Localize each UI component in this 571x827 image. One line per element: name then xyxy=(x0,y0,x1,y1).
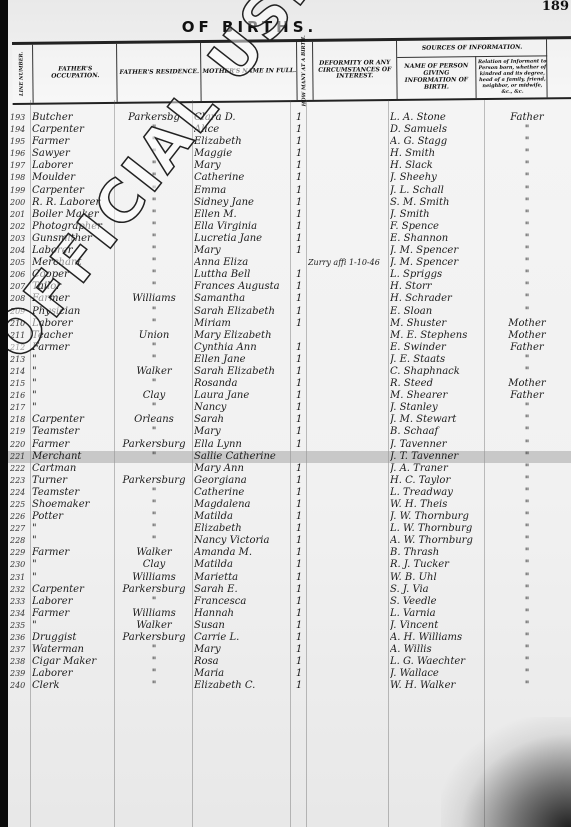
informant-relation: " xyxy=(486,499,568,511)
fathers-residence: Clay xyxy=(116,390,192,402)
line-number: 201 xyxy=(10,209,32,221)
birth-count: 1 xyxy=(292,172,306,184)
informant-relation: " xyxy=(486,596,568,608)
fathers-occupation: Photographer xyxy=(32,221,116,233)
mothers-name: Sarah E. xyxy=(194,584,290,596)
informant-relation: " xyxy=(486,257,568,269)
birth-count: 1 xyxy=(292,124,306,136)
informant-name: R. Steed xyxy=(390,378,486,390)
fathers-residence: " xyxy=(116,269,192,281)
fathers-occupation: " xyxy=(32,366,116,378)
informant-name: W. H. Theis xyxy=(390,499,486,511)
line-number: 227 xyxy=(10,523,32,535)
informant-relation: " xyxy=(486,644,568,656)
line-number: 230 xyxy=(10,559,32,571)
informant-relation: " xyxy=(486,487,568,499)
table-row: 209 Physician " Sarah Elizabeth 1 E. Slo… xyxy=(8,306,571,318)
mothers-name: Susan xyxy=(194,620,290,632)
birth-count: 1 xyxy=(292,426,306,438)
mothers-name: Georgiana xyxy=(194,475,290,487)
table-row: 196 Sawyer " Maggie 1 H. Smith " xyxy=(8,148,571,160)
fathers-occupation: Farmer xyxy=(32,293,116,305)
table-row: 202 Photographer " Ella Virginia 1 F. Sp… xyxy=(8,221,571,233)
table-row: 237 Waterman " Mary 1 A. Willis " xyxy=(8,644,571,656)
mothers-name: Mary xyxy=(194,644,290,656)
table-row: 194 Carpenter " Alice 1 D. Samuels " xyxy=(8,124,571,136)
birth-count: 1 xyxy=(292,620,306,632)
fathers-occupation: Cartman xyxy=(32,463,116,475)
informant-relation: " xyxy=(486,209,568,221)
informant-name: J. M. Spencer xyxy=(390,245,486,257)
informant-name: J. Stanley xyxy=(390,402,486,414)
line-number: 217 xyxy=(10,402,32,414)
line-number: 219 xyxy=(10,426,32,438)
informant-relation: " xyxy=(486,293,568,305)
fathers-residence: " xyxy=(116,487,192,499)
birth-count: 1 xyxy=(292,523,306,535)
fathers-occupation: Butcher xyxy=(32,112,116,124)
table-row: 198 Moulder " Catherine 1 J. Sheehy " xyxy=(8,172,571,184)
informant-relation: " xyxy=(486,668,568,680)
fathers-residence: Parkersburg xyxy=(116,439,192,451)
line-number: 221 xyxy=(10,451,32,463)
line-number: 197 xyxy=(10,160,32,172)
informant-relation: Father xyxy=(486,390,568,402)
table-row: 200 R. R. Laborer " Sidney Jane 1 S. M. … xyxy=(8,197,571,209)
fathers-residence: Parkersbg xyxy=(116,112,192,124)
mothers-name: Mary xyxy=(194,245,290,257)
mothers-name: Ellen Jane xyxy=(194,354,290,366)
fathers-residence: " xyxy=(116,185,192,197)
fathers-residence: Parkersburg xyxy=(116,584,192,596)
line-number: 233 xyxy=(10,596,32,608)
table-row: 240 Clerk " Elizabeth C. 1 W. H. Walker … xyxy=(8,680,571,692)
line-number: 238 xyxy=(10,656,32,668)
header-deformity: Deformity or any Circumstances of Intere… xyxy=(312,41,397,100)
header-informant-relation: Relation of Informant to Person born, wh… xyxy=(477,55,547,98)
informant-relation: " xyxy=(486,656,568,668)
fathers-residence: " xyxy=(116,680,192,692)
mothers-name: Rosanda xyxy=(194,378,290,390)
table-row: 236 Druggist Parkersburg Carrie L. 1 A. … xyxy=(8,632,571,644)
birth-count: 1 xyxy=(292,148,306,160)
line-number: 232 xyxy=(10,584,32,596)
informant-relation: Mother xyxy=(486,318,568,330)
mothers-name: Ella Virginia xyxy=(194,221,290,233)
table-row: 225 Shoemaker " Magdalena 1 W. H. Theis … xyxy=(8,499,571,511)
informant-relation: " xyxy=(486,306,568,318)
informant-name: J. E. Staats xyxy=(390,354,486,366)
birth-count: 1 xyxy=(292,402,306,414)
line-number: 211 xyxy=(10,330,32,342)
birth-count: 1 xyxy=(292,608,306,620)
informant-name: F. Spence xyxy=(390,221,486,233)
fathers-occupation: Waterman xyxy=(32,644,116,656)
mothers-name: Maria xyxy=(194,668,290,680)
table-row: 215 " " Rosanda 1 R. Steed Mother xyxy=(8,378,571,390)
birth-count: 1 xyxy=(292,499,306,511)
mothers-name: Sidney Jane xyxy=(194,197,290,209)
header-sources: Sources of Information. Name of Person G… xyxy=(396,39,548,99)
mothers-name: Nancy Victoria xyxy=(194,535,290,547)
page-number: 189 xyxy=(542,0,569,14)
mothers-name: Lucretia Jane xyxy=(194,233,290,245)
informant-relation: " xyxy=(486,160,568,172)
informant-relation: " xyxy=(486,233,568,245)
table-row: 219 Teamster " Mary 1 B. Schaaf " xyxy=(8,426,571,438)
circumstances-note: Zurry affi 1-10-46 xyxy=(308,257,398,269)
informant-name: J. Vincent xyxy=(390,620,486,632)
line-number: 204 xyxy=(10,245,32,257)
birth-count: 1 xyxy=(292,354,306,366)
informant-name: J. Smith xyxy=(390,209,486,221)
table-row: 206 Cooper " Luttha Bell 1 L. Spriggs " xyxy=(8,269,571,281)
line-number: 198 xyxy=(10,172,32,184)
fathers-occupation: " xyxy=(32,559,116,571)
fathers-residence: " xyxy=(116,306,192,318)
line-number: 236 xyxy=(10,632,32,644)
mothers-name: Elizabeth xyxy=(194,136,290,148)
informant-name: S. Veedle xyxy=(390,596,486,608)
line-number: 234 xyxy=(10,608,32,620)
fathers-occupation: Farmer xyxy=(32,136,116,148)
line-number: 212 xyxy=(10,342,32,354)
fathers-residence: " xyxy=(116,172,192,184)
mothers-name: Miriam xyxy=(194,318,290,330)
table-row: 221 Merchant " Sallie Catherine J. T. Ta… xyxy=(8,451,571,463)
birth-count: 1 xyxy=(292,644,306,656)
header-fathers-residence: Father's Residence. xyxy=(116,43,202,102)
birth-count: 1 xyxy=(292,390,306,402)
informant-relation: " xyxy=(486,523,568,535)
birth-count: 1 xyxy=(292,185,306,197)
fathers-occupation: " xyxy=(32,378,116,390)
informant-relation: " xyxy=(486,124,568,136)
table-row: 229 Farmer Walker Amanda M. 1 B. Thrash … xyxy=(8,547,571,559)
informant-name: W. B. Uhl xyxy=(390,572,486,584)
informant-name: H. Schrader xyxy=(390,293,486,305)
fathers-occupation: Laborer xyxy=(32,318,116,330)
informant-name: L. W. Thornburg xyxy=(390,523,486,535)
mothers-name: Cynthia Ann xyxy=(194,342,290,354)
informant-name: B. Schaaf xyxy=(390,426,486,438)
fathers-occupation: Laborer xyxy=(32,160,116,172)
informant-name: C. Shaphnack xyxy=(390,366,486,378)
table-row: 211 Teacher Union Mary Elizabeth M. E. S… xyxy=(8,330,571,342)
informant-name: J. Wallace xyxy=(390,668,486,680)
birth-count: 1 xyxy=(292,414,306,426)
fathers-occupation: Farmer xyxy=(32,547,116,559)
fathers-occupation: Clerk xyxy=(32,680,116,692)
fathers-occupation: Moulder xyxy=(32,172,116,184)
birth-count: 1 xyxy=(292,245,306,257)
birth-count: 1 xyxy=(292,487,306,499)
mothers-name: Mary Ann xyxy=(194,463,290,475)
informant-name: L. Treadway xyxy=(390,487,486,499)
fathers-residence: " xyxy=(116,656,192,668)
informant-name: A. G. Stagg xyxy=(390,136,486,148)
informant-relation: " xyxy=(486,572,568,584)
fathers-residence: " xyxy=(116,245,192,257)
mothers-name: Sarah Elizabeth xyxy=(194,366,290,378)
line-number: 194 xyxy=(10,124,32,136)
fathers-residence: Walker xyxy=(116,547,192,559)
informant-relation: " xyxy=(486,148,568,160)
informant-name: S. J. Via xyxy=(390,584,486,596)
line-number: 228 xyxy=(10,535,32,547)
table-row: 224 Teamster " Catherine 1 L. Treadway " xyxy=(8,487,571,499)
table-row: 232 Carpenter Parkersburg Sarah E. 1 S. … xyxy=(8,584,571,596)
line-number: 222 xyxy=(10,463,32,475)
line-number: 231 xyxy=(10,572,32,584)
register-page: 189 OF BIRTHS. Line Number. Father's Occ… xyxy=(8,0,571,827)
fathers-residence: " xyxy=(116,402,192,414)
table-row: 231 " Williams Marietta 1 W. B. Uhl " xyxy=(8,572,571,584)
birth-count: 1 xyxy=(292,475,306,487)
informant-relation: Mother xyxy=(486,378,568,390)
table-row: 216 " Clay Laura Jane 1 M. Shearer Fathe… xyxy=(8,390,571,402)
informant-name: L. Spriggs xyxy=(390,269,486,281)
fathers-occupation: " xyxy=(32,390,116,402)
informant-relation: " xyxy=(486,136,568,148)
birth-count: 1 xyxy=(292,584,306,596)
fathers-residence: Walker xyxy=(116,366,192,378)
fathers-residence: Union xyxy=(116,330,192,342)
table-row: 230 " Clay Matilda 1 R. J. Tucker " xyxy=(8,559,571,571)
informant-name: H. Slack xyxy=(390,160,486,172)
fathers-residence: " xyxy=(116,644,192,656)
informant-relation: Father xyxy=(486,342,568,354)
informant-name: A. Willis xyxy=(390,644,486,656)
fathers-residence: Clay xyxy=(116,559,192,571)
fathers-occupation: Turner xyxy=(32,475,116,487)
informant-name: E. Swinder xyxy=(390,342,486,354)
mothers-name: Laura Jane xyxy=(194,390,290,402)
mothers-name: Ellen M. xyxy=(194,209,290,221)
birth-count: 1 xyxy=(292,366,306,378)
mothers-name: Mary Elizabeth xyxy=(194,330,290,342)
line-number: 206 xyxy=(10,269,32,281)
mothers-name: Marietta xyxy=(194,572,290,584)
mothers-name: Sarah Elizabeth xyxy=(194,306,290,318)
fathers-occupation: R. R. Laborer xyxy=(32,197,116,209)
birth-count: 1 xyxy=(292,221,306,233)
fathers-residence: " xyxy=(116,596,192,608)
informant-name: M. E. Stephens xyxy=(390,330,486,342)
mothers-name: Amanda M. xyxy=(194,547,290,559)
fathers-residence: Williams xyxy=(116,572,192,584)
mothers-name: Carrie L. xyxy=(194,632,290,644)
birth-count: 1 xyxy=(292,511,306,523)
mothers-name: Sallie Catherine xyxy=(194,451,290,463)
table-row: 233 Laborer " Francesca 1 S. Veedle " xyxy=(8,596,571,608)
birth-count: 1 xyxy=(292,547,306,559)
birth-count: 1 xyxy=(292,112,306,124)
mothers-name: Elizabeth xyxy=(194,523,290,535)
informant-relation: " xyxy=(486,463,568,475)
line-number: 214 xyxy=(10,366,32,378)
table-row: 238 Cigar Maker " Rosa 1 L. G. Waechter … xyxy=(8,656,571,668)
mothers-name: Mary xyxy=(194,426,290,438)
line-number: 235 xyxy=(10,620,32,632)
informant-relation: " xyxy=(486,281,568,293)
informant-name: R. J. Tucker xyxy=(390,559,486,571)
line-number: 240 xyxy=(10,680,32,692)
mothers-name: Matilda xyxy=(194,511,290,523)
mothers-name: Magdalena xyxy=(194,499,290,511)
fathers-occupation: Carpenter xyxy=(32,185,116,197)
line-number: 196 xyxy=(10,148,32,160)
informant-name: L. A. Stone xyxy=(390,112,486,124)
fathers-residence: " xyxy=(116,378,192,390)
mothers-name: Frances Augusta xyxy=(194,281,290,293)
mothers-name: Samantha xyxy=(194,293,290,305)
line-number: 205 xyxy=(10,257,32,269)
mothers-name: Rosa xyxy=(194,656,290,668)
birth-count: 1 xyxy=(292,535,306,547)
fathers-residence: " xyxy=(116,668,192,680)
fathers-residence: " xyxy=(116,281,192,293)
informant-name: L. Varnia xyxy=(390,608,486,620)
informant-relation: " xyxy=(486,511,568,523)
informant-name: J. M. Stewart xyxy=(390,414,486,426)
fathers-occupation: Physician xyxy=(32,306,116,318)
fathers-occupation: Carpenter xyxy=(32,124,116,136)
line-number: 200 xyxy=(10,197,32,209)
informant-name: H. C. Taylor xyxy=(390,475,486,487)
informant-relation: " xyxy=(486,451,568,463)
informant-relation: Mother xyxy=(486,330,568,342)
line-number: 216 xyxy=(10,390,32,402)
mothers-name: Alice xyxy=(194,124,290,136)
birth-count: 1 xyxy=(292,559,306,571)
fathers-occupation: Druggist xyxy=(32,632,116,644)
table-row: 212 Farmer " Cynthia Ann 1 E. Swinder Fa… xyxy=(8,342,571,354)
fathers-occupation: Laborer xyxy=(32,596,116,608)
table-row: 227 " " Elizabeth 1 L. W. Thornburg " xyxy=(8,523,571,535)
birth-count: 1 xyxy=(292,233,306,245)
line-number: 218 xyxy=(10,414,32,426)
table-row: 234 Farmer Williams Hannah 1 L. Varnia " xyxy=(8,608,571,620)
birth-count: 1 xyxy=(292,439,306,451)
mothers-name: Sarah xyxy=(194,414,290,426)
mothers-name: Anna Eliza xyxy=(194,257,290,269)
line-number: 209 xyxy=(10,306,32,318)
table-row: 239 Laborer " Maria 1 J. Wallace " xyxy=(8,668,571,680)
informant-relation: " xyxy=(486,269,568,281)
fathers-residence: Orleans xyxy=(116,414,192,426)
line-number: 224 xyxy=(10,487,32,499)
mothers-name: Elizabeth C. xyxy=(194,680,290,692)
fathers-residence: " xyxy=(116,221,192,233)
mothers-name: Catherine xyxy=(194,172,290,184)
line-number: 226 xyxy=(10,511,32,523)
line-number: 223 xyxy=(10,475,32,487)
informant-relation: " xyxy=(486,608,568,620)
fathers-occupation: Laborer xyxy=(32,245,116,257)
informant-relation: " xyxy=(486,185,568,197)
fathers-occupation: " xyxy=(32,572,116,584)
informant-name: H. Storr xyxy=(390,281,486,293)
fathers-residence: " xyxy=(116,535,192,547)
informant-relation: " xyxy=(486,172,568,184)
fathers-occupation: Merchant xyxy=(32,257,116,269)
informant-name: D. Samuels xyxy=(390,124,486,136)
birth-count: 1 xyxy=(292,281,306,293)
birth-count: 1 xyxy=(292,342,306,354)
informant-relation: " xyxy=(486,475,568,487)
line-number: 210 xyxy=(10,318,32,330)
fathers-residence: Williams xyxy=(116,608,192,620)
informant-relation: " xyxy=(486,547,568,559)
birth-count: 1 xyxy=(292,378,306,390)
header-line-number: Line Number. xyxy=(12,45,33,103)
fathers-residence: " xyxy=(116,354,192,366)
informant-name: L. G. Waechter xyxy=(390,656,486,668)
header-how-many: How many at a Birth. xyxy=(296,42,314,100)
mothers-name: Francesca xyxy=(194,596,290,608)
table-row: 235 " Walker Susan 1 J. Vincent " xyxy=(8,620,571,632)
fathers-occupation: Sawyer xyxy=(32,148,116,160)
birth-count: 1 xyxy=(292,632,306,644)
informant-relation: " xyxy=(486,426,568,438)
header-extra-column xyxy=(546,39,571,97)
birth-count: 1 xyxy=(292,656,306,668)
table-row: 220 Farmer Parkersburg Ella Lynn 1 J. Ta… xyxy=(8,439,571,451)
fathers-occupation: " xyxy=(32,620,116,632)
table-row: 205 Merchant " Anna Eliza Zurry affi 1-1… xyxy=(8,257,571,269)
fathers-residence: " xyxy=(116,523,192,535)
table-row: 197 Laborer " Mary 1 H. Slack " xyxy=(8,160,571,172)
informant-relation: " xyxy=(486,197,568,209)
mothers-name: Nancy xyxy=(194,402,290,414)
fathers-occupation: Tailor xyxy=(32,281,116,293)
table-row: 217 " " Nancy 1 J. Stanley " xyxy=(8,402,571,414)
table-row: 222 Cartman Mary Ann 1 J. A. Traner " xyxy=(8,463,571,475)
fathers-residence: " xyxy=(116,148,192,160)
birth-count: 1 xyxy=(292,306,306,318)
fathers-occupation: Cigar Maker xyxy=(32,656,116,668)
fathers-residence: " xyxy=(116,426,192,438)
line-number: 203 xyxy=(10,233,32,245)
informant-relation: " xyxy=(486,366,568,378)
fathers-occupation: Cooper xyxy=(32,269,116,281)
fathers-occupation: " xyxy=(32,354,116,366)
fathers-residence: Walker xyxy=(116,620,192,632)
informant-name: J. L. Schall xyxy=(390,185,486,197)
fathers-occupation: " xyxy=(32,535,116,547)
table-row: 226 Potter " Matilda 1 J. W. Thornburg " xyxy=(8,511,571,523)
informant-name: H. Smith xyxy=(390,148,486,160)
informant-name: M. Shearer xyxy=(390,390,486,402)
informant-relation: " xyxy=(486,245,568,257)
line-number: 229 xyxy=(10,547,32,559)
birth-count: 1 xyxy=(292,209,306,221)
informant-relation: " xyxy=(486,535,568,547)
table-row: 213 " " Ellen Jane 1 J. E. Staats " xyxy=(8,354,571,366)
page-title: OF BIRTHS. xyxy=(8,18,531,36)
informant-relation: " xyxy=(486,414,568,426)
birth-count: 1 xyxy=(292,269,306,281)
informant-relation: Father xyxy=(486,112,568,124)
fathers-occupation: " xyxy=(32,523,116,535)
informant-relation: " xyxy=(486,559,568,571)
birth-count: 1 xyxy=(292,668,306,680)
fathers-occupation: Boiler Maker xyxy=(32,209,116,221)
fathers-residence: " xyxy=(116,124,192,136)
fathers-residence: " xyxy=(116,160,192,172)
fathers-occupation: Carpenter xyxy=(32,584,116,596)
